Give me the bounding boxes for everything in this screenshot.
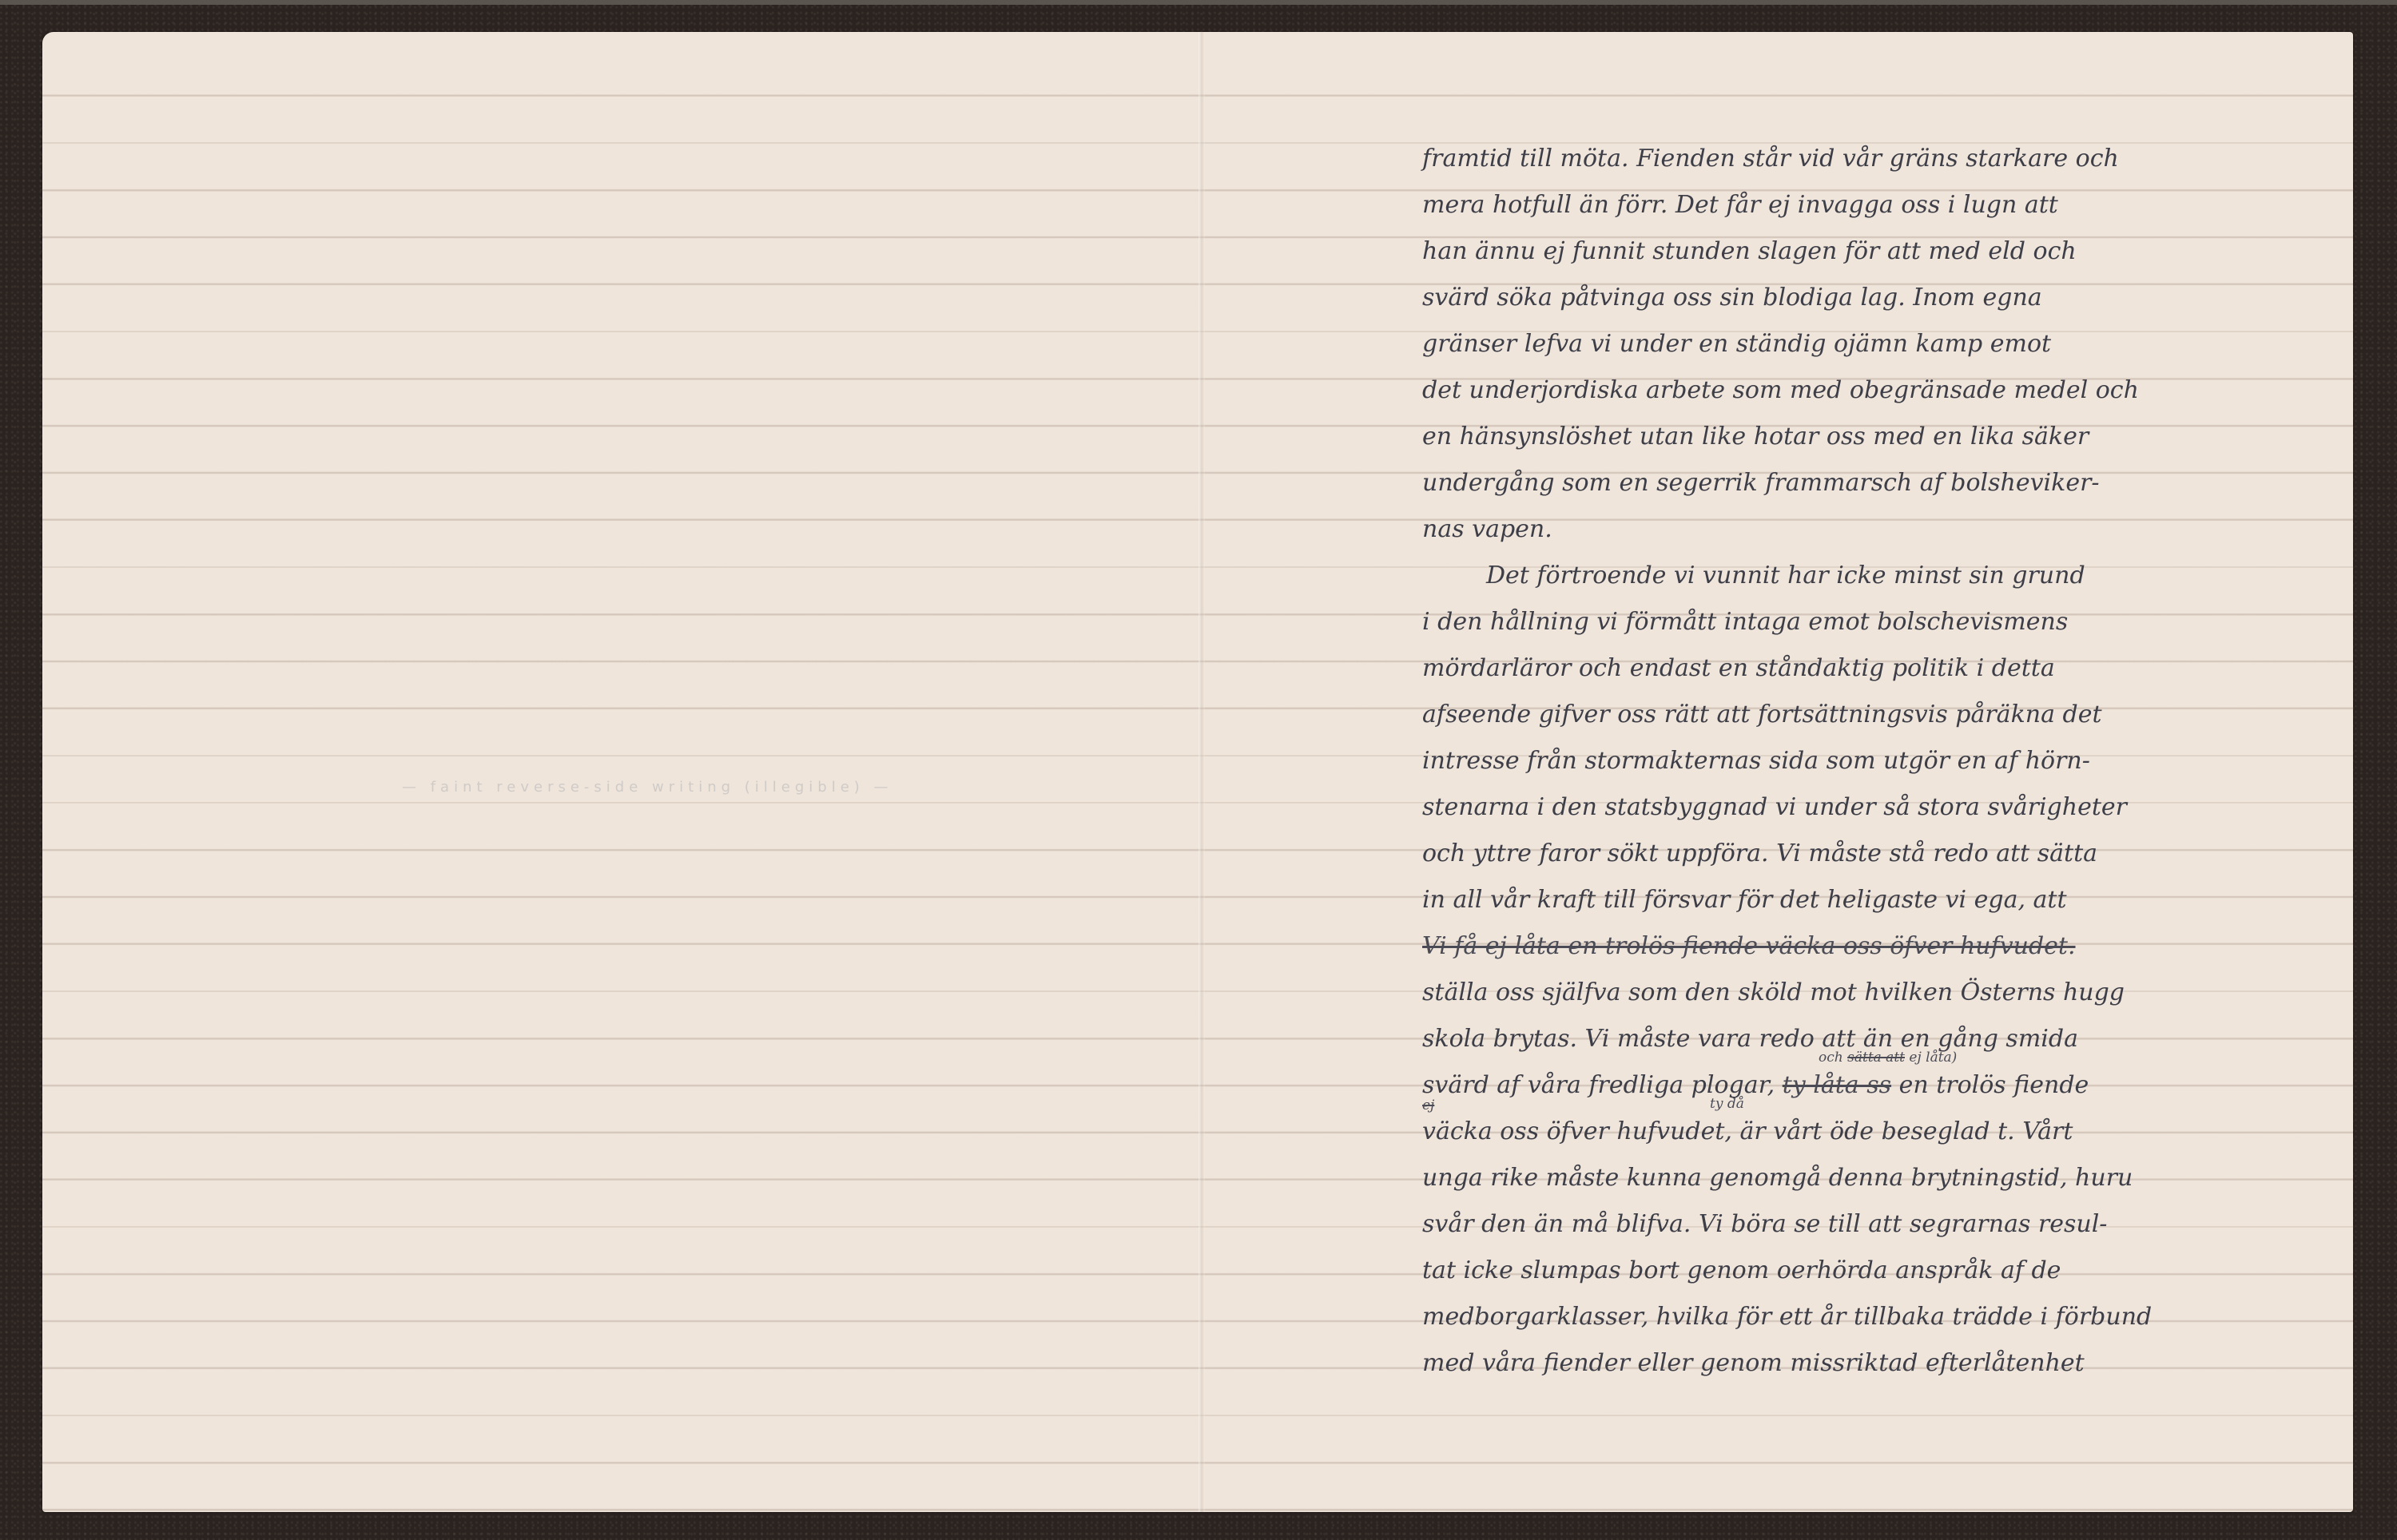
text-line: mördarläror och endast en ståndaktig pol… xyxy=(1422,645,2317,692)
inserted-word: ty då xyxy=(1710,1096,1744,1112)
text-line: undergång som en segerrik frammarsch af … xyxy=(1422,460,2317,506)
struck-text: ty låta ss xyxy=(1783,1071,1891,1099)
text-line: nas vapen. xyxy=(1422,506,2317,553)
text-line: afseende gifver oss rätt att fortsättnin… xyxy=(1422,692,2317,738)
text-line: unga rike måste kunna genomgå denna bryt… xyxy=(1422,1155,2317,1201)
struck-text: Vi få ej låta en trolös fiende väcka oss… xyxy=(1422,932,2076,960)
text-line: med våra fiender eller genom missriktad … xyxy=(1422,1340,2317,1387)
text-line: i den hållning vi förmått intaga emot bo… xyxy=(1422,599,2317,645)
text-line: ställa oss själfva som den sköld mot hvi… xyxy=(1422,970,2317,1016)
letter-sheet: — faint reverse-side writing (illegible)… xyxy=(42,32,2353,1512)
added-words: ej låta) xyxy=(1909,1050,1957,1066)
text-line: in all vår kraft till försvar för det he… xyxy=(1422,877,2317,923)
paragraph-start-line: Det förtroende vi vunnit har icke minst … xyxy=(1422,553,2317,599)
text-line: gränser lefva vi under en ständig ojämn … xyxy=(1422,321,2317,367)
text-line: det underjordiska arbete som med obegrän… xyxy=(1422,367,2317,414)
handwritten-text: framtid till möta. Fienden står vid vår … xyxy=(1422,136,2317,1387)
scan-top-edge xyxy=(0,0,2397,5)
text-segment: svärd af våra fredliga plogar, xyxy=(1422,1071,1775,1099)
text-line: och yttre faror sökt uppföra. Vi måste s… xyxy=(1422,831,2317,877)
text-line: svår den än må blifva. Vi böra se till a… xyxy=(1422,1201,2317,1248)
struck-insertion: sätta att xyxy=(1847,1050,1905,1066)
show-through-text: — faint reverse-side writing (illegible)… xyxy=(402,779,893,796)
center-fold xyxy=(1198,32,1205,1512)
text-segment: väcka oss öfver hufvudet, xyxy=(1422,1117,1732,1145)
right-page: framtid till möta. Fienden står vid vår … xyxy=(1205,32,2353,1512)
struck-insertion: ej xyxy=(1422,1097,1434,1113)
interlinear-insertion: ty då xyxy=(1710,1097,1744,1111)
interlinear-insertion: och sätta att ej låta) xyxy=(1819,1051,1957,1065)
text-line: medborgarklasser, hvilka för ett år till… xyxy=(1422,1294,2317,1340)
text-segment: är vårt öde beseglad t. Vårt xyxy=(1739,1117,2073,1145)
left-page: — faint reverse-side writing (illegible)… xyxy=(42,32,1198,1512)
text-line: tat icke slumpas bort genom oerhörda ans… xyxy=(1422,1248,2317,1294)
text-line: svärd söka påtvinga oss sin blodiga lag.… xyxy=(1422,275,2317,321)
corrected-line: ej ty då väcka oss öfver hufvudet, är vå… xyxy=(1422,1109,2317,1155)
struck-through-line: Vi få ej låta en trolös fiende väcka oss… xyxy=(1422,923,2317,970)
text-line: intresse från stormakternas sida som utg… xyxy=(1422,738,2317,784)
inserted-word: och xyxy=(1819,1050,1843,1066)
text-line: stenarna i den statsbyggnad vi under så … xyxy=(1422,784,2317,831)
interlinear-insertion: ej xyxy=(1422,1099,1434,1113)
text-line: framtid till möta. Fienden står vid vår … xyxy=(1422,136,2317,182)
text-segment: en trolös fiende xyxy=(1899,1071,2089,1099)
text-line: en hänsynslöshet utan like hotar oss med… xyxy=(1422,414,2317,460)
text-line: mera hotfull än förr. Det får ej invagga… xyxy=(1422,182,2317,228)
text-line: han ännu ej funnit stunden slagen för at… xyxy=(1422,228,2317,275)
corrected-line: och sätta att ej låta) svärd af våra fre… xyxy=(1422,1062,2317,1109)
